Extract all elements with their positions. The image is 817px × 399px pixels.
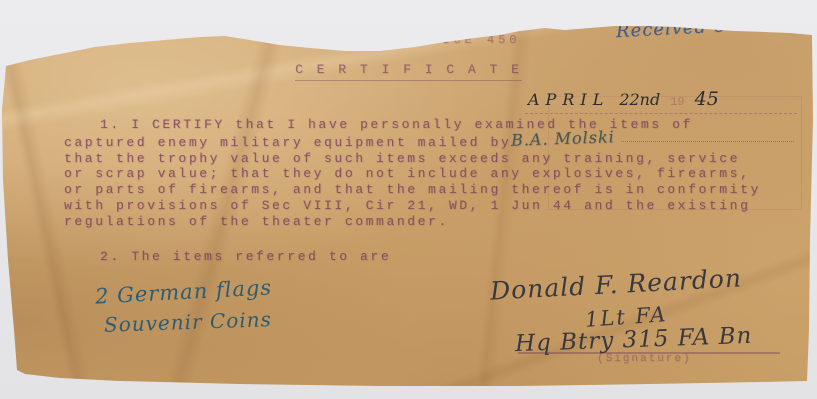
item-souvenir-coins: Souvenir Coins xyxy=(104,307,273,337)
body-paragraph: 1. I CERTIFY that I have personally exam… xyxy=(64,117,794,230)
mailed-by-name: B.A. Molski xyxy=(511,129,615,148)
body-line-5: or parts of firearms, and that the maili… xyxy=(64,182,794,198)
date-day: 22nd xyxy=(619,90,660,109)
certificate-paper: ARMY POST OFFICE 450 C E R T I F I C A T… xyxy=(0,0,817,399)
name-underline xyxy=(621,141,794,142)
body-line-4: or scrap value; that they do not include… xyxy=(64,166,794,182)
body-line-7: regulations of the theater commander. xyxy=(64,214,794,230)
body-line-1: 1. I CERTIFY that I have personally exam… xyxy=(64,117,794,133)
item-german-flags: 2 German flags xyxy=(94,275,272,308)
date-month: APRIL xyxy=(528,90,609,109)
certificate-title: C E R T I F I C A T E xyxy=(295,62,522,81)
date-year-typed: 19 xyxy=(670,95,684,109)
date-year-written: 45 xyxy=(695,88,719,110)
items-paragraph-intro: 2. The items referred to are xyxy=(64,249,664,264)
body-line-2: captured enemy military equipment mailed… xyxy=(64,133,794,151)
signature-name: Donald F. Reardon xyxy=(489,263,742,305)
body-line-3: that the trophy value of such items exce… xyxy=(64,151,794,167)
signature-label: (Signature) xyxy=(597,353,692,365)
date-underline xyxy=(525,113,797,114)
body-line-6: with provisions of Sec VIII, Cir 21, WD,… xyxy=(64,198,794,214)
date-line: APRIL 22nd 19 45 xyxy=(528,88,719,110)
title-wrap: C E R T I F I C A T E xyxy=(0,60,817,81)
body-line-2-text: captured enemy military equipment mailed… xyxy=(64,135,511,151)
